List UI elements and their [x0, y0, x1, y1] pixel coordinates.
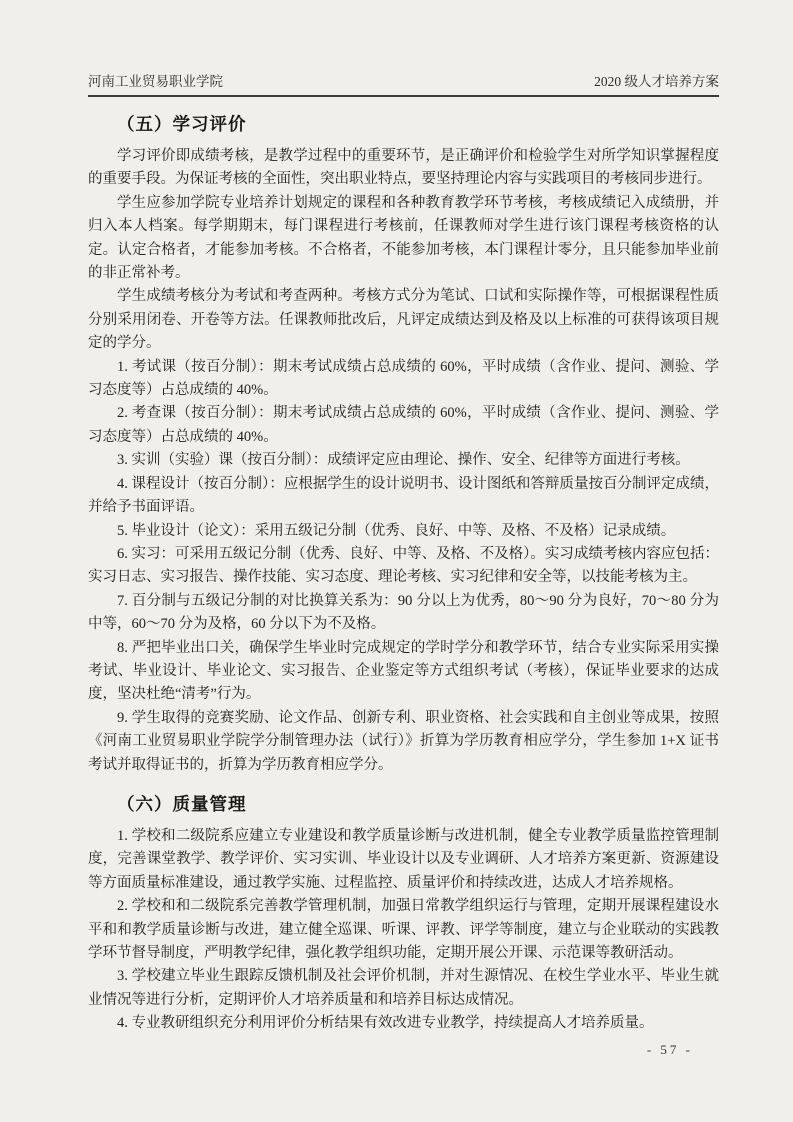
list-item-credit-conversion: 9. 学生取得的竞赛奖励、论文作品、创新专利、职业资格、社会实践和自主创业等成果…: [88, 707, 719, 777]
paragraph: 学习评价即成绩考核，是教学过程中的重要环节，是正确评价和检验学生对所学知识掌握程…: [88, 145, 719, 192]
list-item-quality-mechanism: 1. 学校和二级院系应建立专业建设和教学质量诊断与改进机制，健全专业教学质量监控…: [88, 825, 719, 895]
list-item-evaluation-improvement: 4. 专业教研组织充分利用评价分析结果有效改进专业教学，持续提高人才培养质量。: [88, 1012, 719, 1035]
list-item-practical-course: 3. 实训（实验）课（按百分制）：成绩评定应由理论、操作、安全、纪律等方面进行考…: [88, 449, 719, 472]
list-item-internship: 6. 实习：可采用五级记分制（优秀、良好、中等、及格、不及格）。实习成绩考核内容…: [88, 543, 719, 590]
list-item-exam-course: 1. 考试课（按百分制）：期末考试成绩占总成绩的 60%，平时成绩（含作业、提问…: [88, 356, 719, 403]
list-item-assessment-course: 2. 考查课（按百分制）：期末考试成绩占总成绩的 60%，平时成绩（含作业、提问…: [88, 402, 719, 449]
header-doc-title: 2020 级人才培养方案: [594, 70, 719, 90]
list-item-teaching-management: 2. 学校和和二级院系完善教学管理机制，加强日常教学组织运行与管理，定期开展课程…: [88, 895, 719, 965]
list-item-graduate-tracking: 3. 学校建立毕业生跟踪反馈机制及社会评价机制，并对生源情况、在校生学业水平、毕…: [88, 965, 719, 1012]
section-title-learning-evaluation: （五）学习评价: [88, 111, 719, 136]
paragraph: 学生成绩考核分为考试和考查两种。考核方式分为笔试、口试和实际操作等，可根据课程性…: [88, 285, 719, 355]
paragraph: 学生应参加学院专业培养计划规定的课程和各种教育教学环节考核，考核成绩记入成绩册，…: [88, 192, 719, 286]
section-title-quality-management: （六）质量管理: [88, 791, 719, 816]
list-item-graduation-design: 5. 毕业设计（论文）：采用五级记分制（优秀、良好、中等、及格、不及格）记录成绩…: [88, 520, 719, 543]
list-item-grade-conversion: 7. 百分制与五级记分制的对比换算关系为：90 分以上为优秀，80～90 分为良…: [88, 590, 719, 637]
list-item-graduation-exit: 8. 严把毕业出口关，确保学生毕业时完成规定的学时学分和教学环节，结合专业实际采…: [88, 637, 719, 707]
document-page: 河南工业贸易职业学院 2020 级人才培养方案 （五）学习评价 学习评价即成绩考…: [0, 0, 793, 1122]
header-school-name: 河南工业贸易职业学院: [88, 70, 223, 90]
list-item-course-design: 4. 课程设计（按百分制）：应根据学生的设计说明书、设计图纸和答辩质量按百分制评…: [88, 473, 719, 520]
page-number: - 57 -: [647, 1042, 693, 1058]
page-header: 河南工业贸易职业学院 2020 级人才培养方案: [88, 70, 719, 97]
